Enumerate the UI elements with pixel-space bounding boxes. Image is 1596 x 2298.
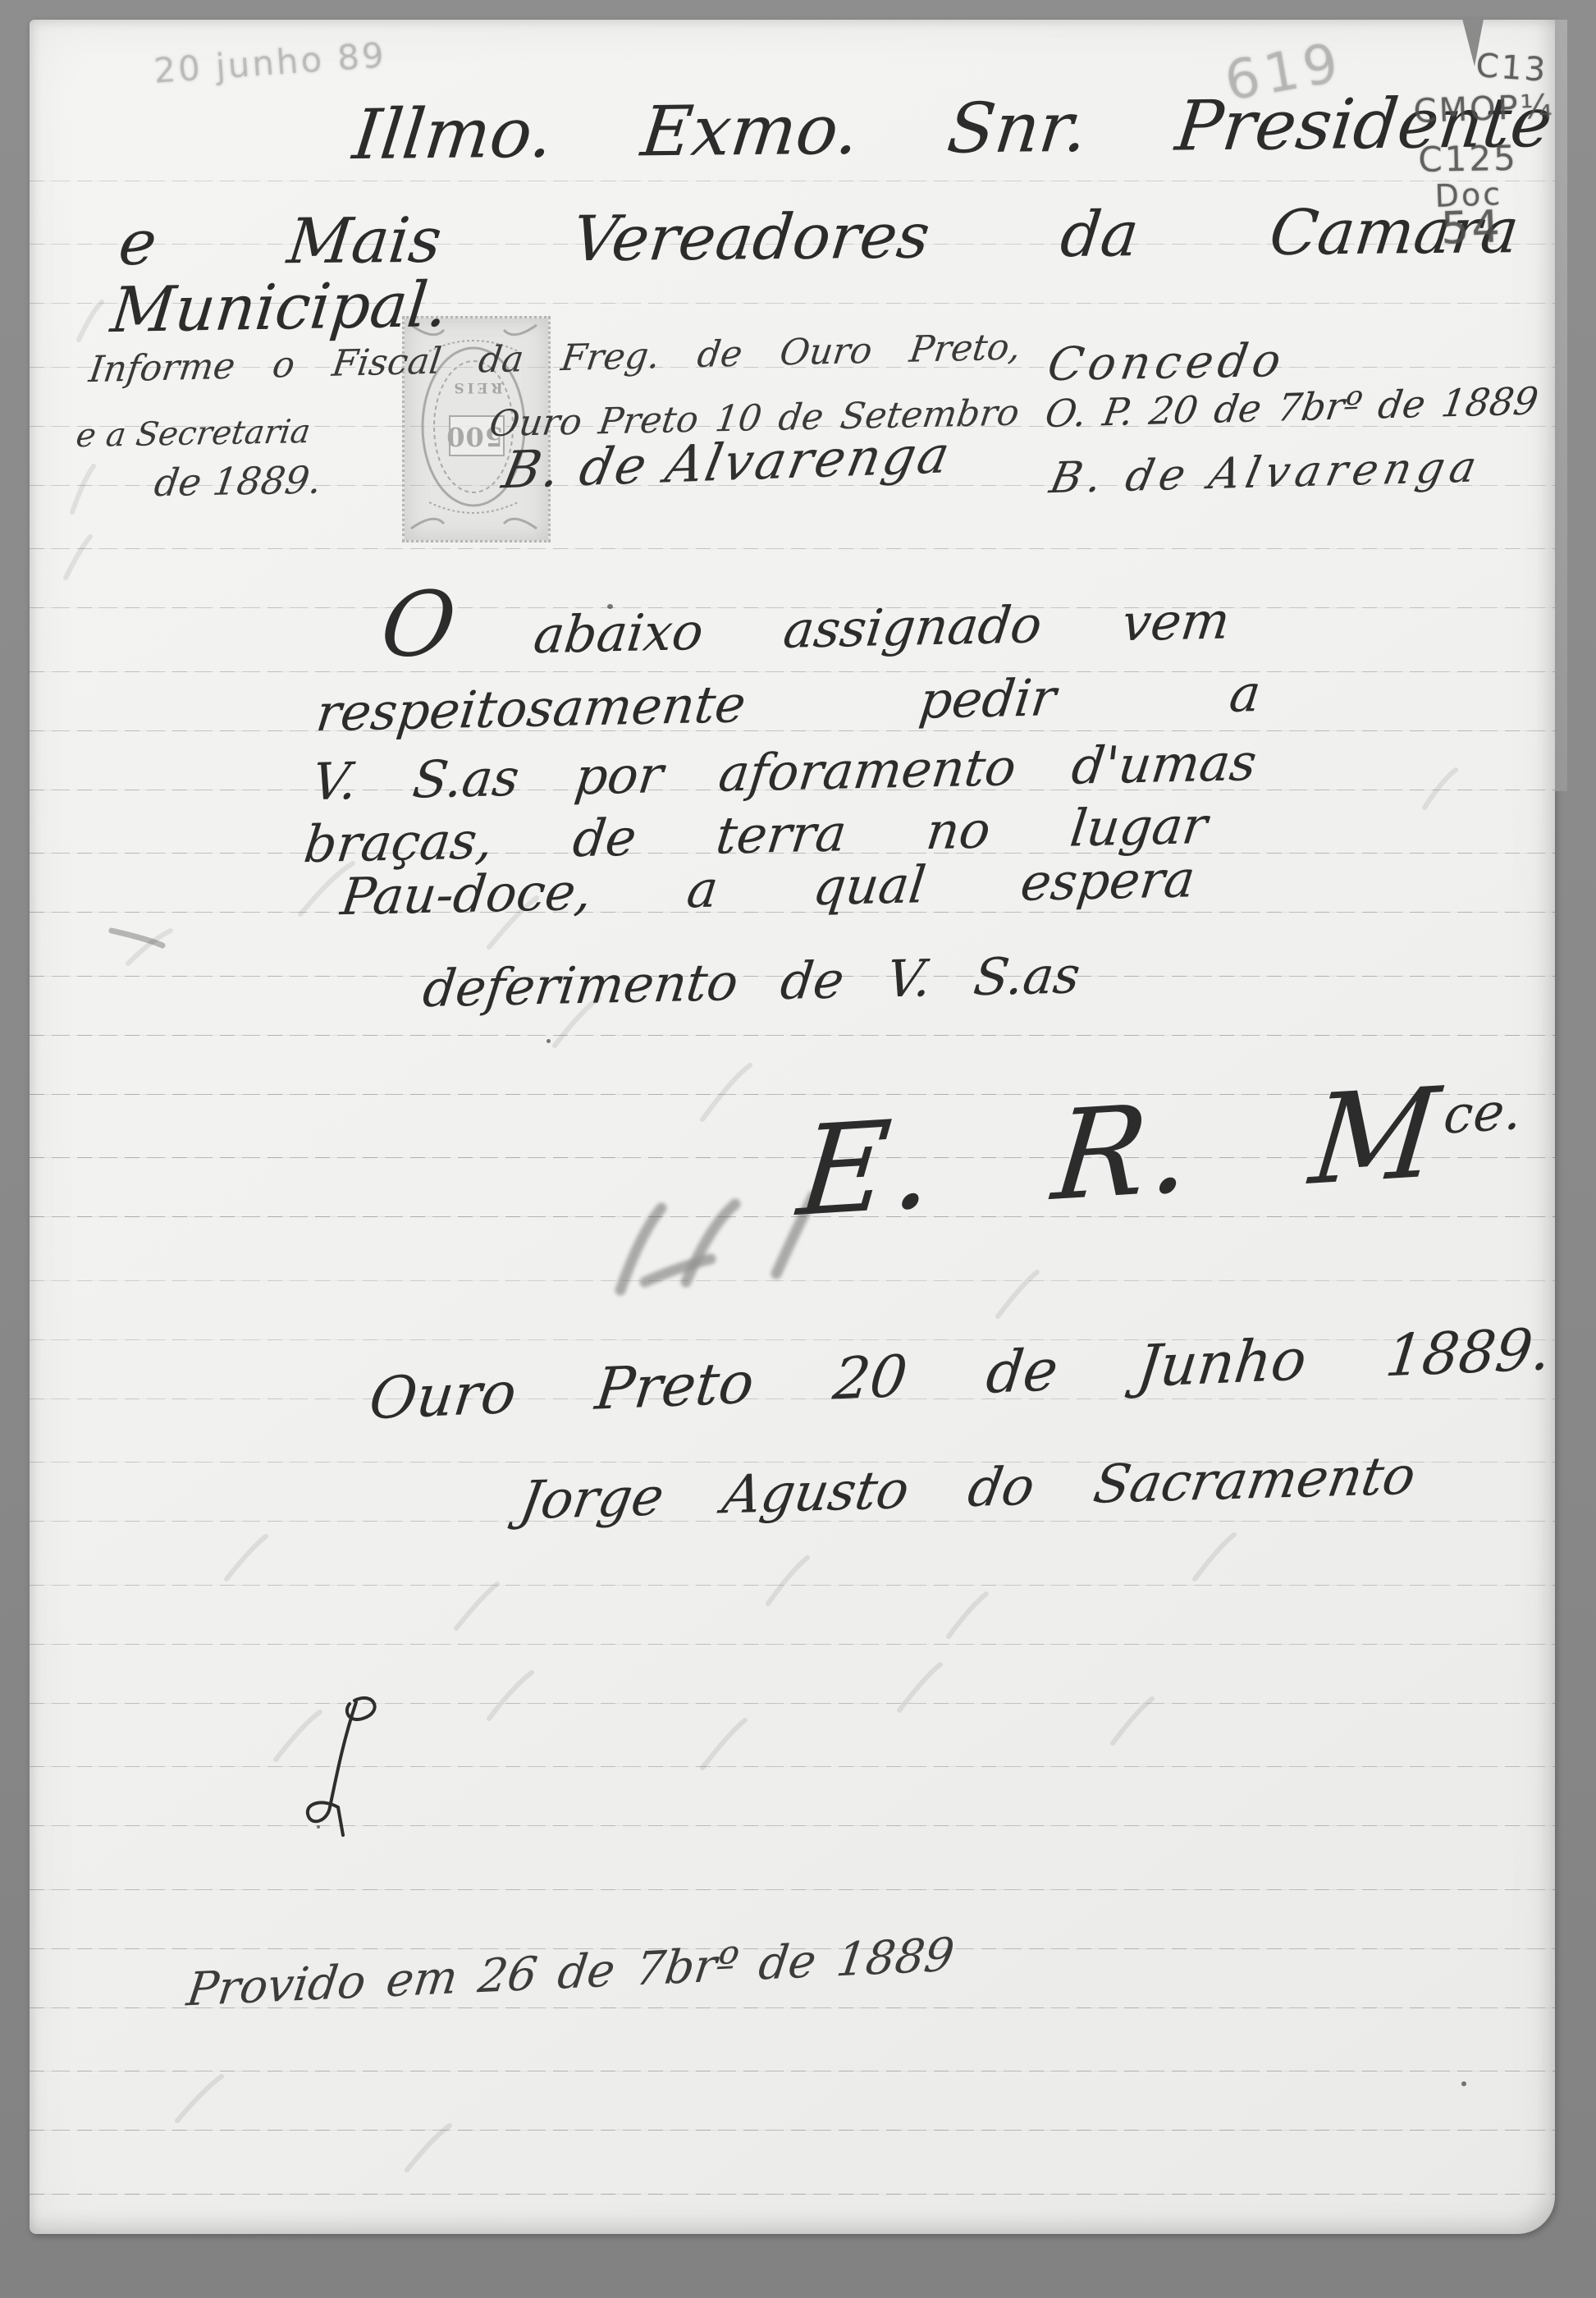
ink-speck xyxy=(546,1039,551,1043)
archive-code-cmop: CMOP¼ xyxy=(1413,90,1555,128)
second-page-edge xyxy=(1555,20,1567,791)
dispatch-decision-signature: B. de Alvarenga xyxy=(1046,445,1486,501)
heading-line-1: Illmo. Exmo. Snr. Presidente xyxy=(350,86,1556,172)
archive-doc-number: Doc 54 xyxy=(1434,176,1557,256)
doc-number: 54 xyxy=(1440,200,1503,254)
paper: REIS 500 Illmo. Exmo. Snr. Presidente e … xyxy=(30,20,1555,2234)
dispatch-fiscal-signature: B. de Alvarenga xyxy=(498,428,956,497)
ink-speck xyxy=(1461,2081,1466,2086)
heading-line-2: e Mais Vereadores da Camara xyxy=(116,198,1522,276)
dispatch-year-line: de 1889. xyxy=(152,460,324,502)
clerk-rubric-mark xyxy=(295,1691,410,1838)
archive-code-c125: C125 xyxy=(1418,141,1518,177)
heading-line-3: Municipal. xyxy=(108,272,451,343)
closing-erm-superscript: ce. xyxy=(1441,1080,1525,1145)
dispatch-decision: Concedo xyxy=(1045,337,1289,390)
archive-code-c13: C13 xyxy=(1475,49,1548,87)
paper-tear-notch xyxy=(1462,19,1484,66)
petition-line-6: deferimento de V. S.as xyxy=(420,948,1083,1015)
dispatch-secretaria-line: e a Secretaria xyxy=(74,414,313,453)
scan-background: { "annotations": { "top_left_faint": "20… xyxy=(0,0,1596,2298)
